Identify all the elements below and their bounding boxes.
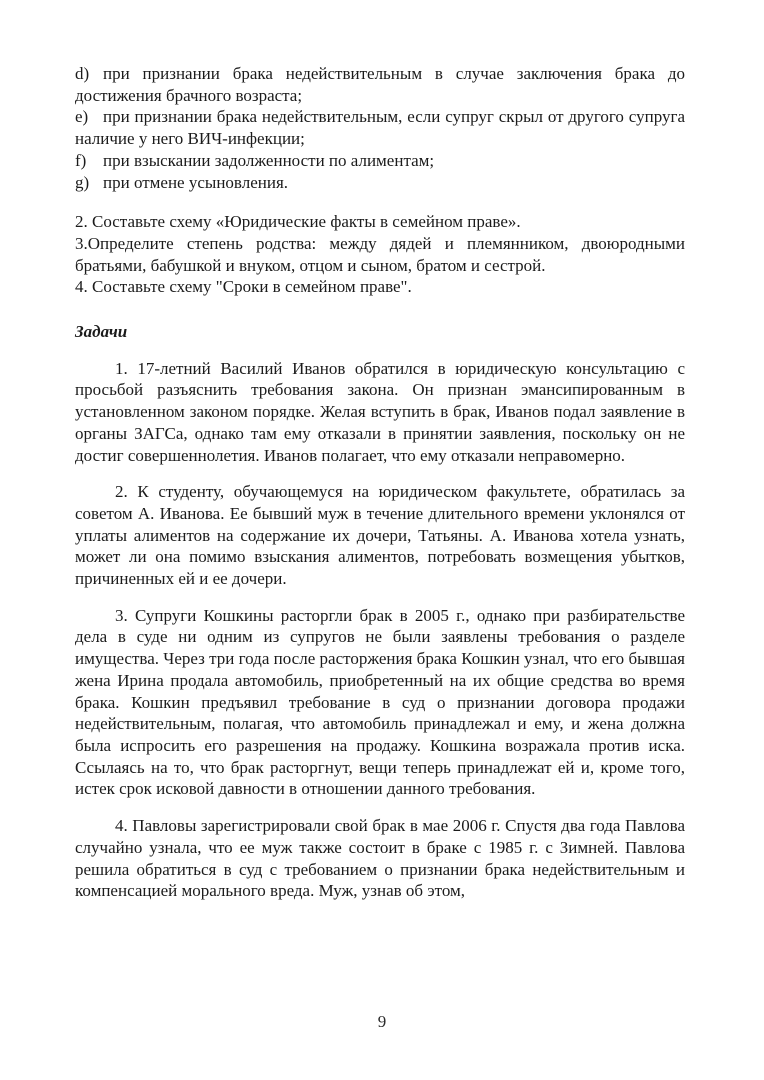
list-item-text: при взыскании задолженности по алиментам… [103,151,434,170]
list-item: e)при признании брака недействительным, … [75,106,685,149]
task-paragraph: 3. Супруги Кошкины расторгли брак в 2005… [75,605,685,800]
list-item-text: при признании брака недействительным, ес… [75,107,685,148]
list-item-marker: d) [75,63,103,85]
task-paragraph: 1. 17-летний Василий Иванов обратился в … [75,358,685,467]
task-paragraph: 2. К студенту, обучающемуся на юридическ… [75,481,685,590]
list-item-text: при признании брака недействительным в с… [75,64,685,105]
numbered-exercise-list: 2. Составьте схему «Юридические факты в … [75,211,685,298]
list-item-marker: f) [75,150,103,172]
exercise-item: 3.Определите степень родства: между дяде… [75,233,685,276]
list-item: d)при признании брака недействительным в… [75,63,685,106]
task-paragraph: 4. Павловы зарегистрировали свой брак в … [75,815,685,902]
exercise-item: 4. Составьте схему "Сроки в семейном пра… [75,276,685,298]
exercise-item: 2. Составьте схему «Юридические факты в … [75,211,685,233]
lettered-list: d)при признании брака недействительным в… [75,63,685,193]
list-item: g)при отмене усыновления. [75,172,685,194]
document-page: d)при признании брака недействительным в… [0,0,764,1080]
list-item-marker: g) [75,172,103,194]
list-item-text: при отмене усыновления. [103,173,288,192]
list-item: f)при взыскании задолженности по алимент… [75,150,685,172]
section-heading-tasks: Задачи [75,321,685,343]
page-number: 9 [0,1012,764,1032]
list-item-marker: e) [75,106,103,128]
task-paragraphs: 1. 17-летний Василий Иванов обратился в … [75,358,685,902]
